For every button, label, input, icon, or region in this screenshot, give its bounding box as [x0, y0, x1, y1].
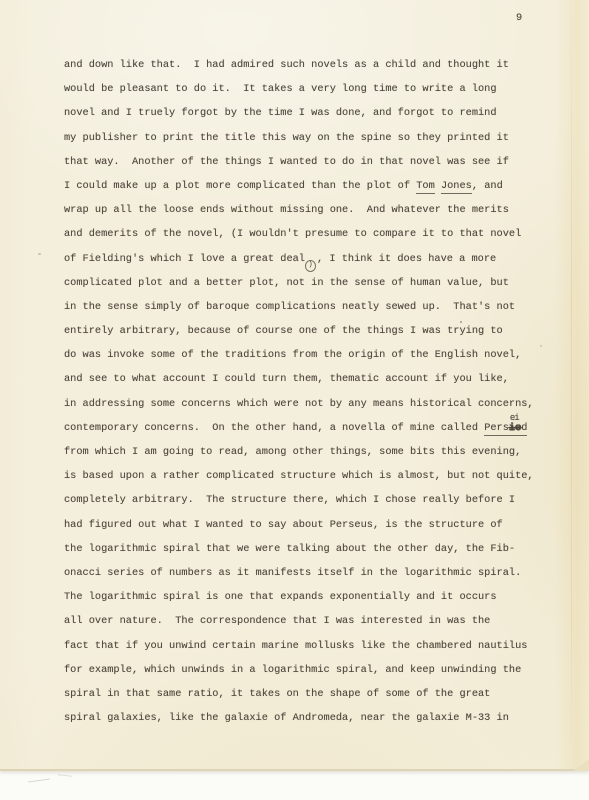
- document-page: 9 and down like that. I had admired such…: [0, 0, 589, 771]
- document-line: and down like that. I had admired such n…: [64, 53, 544, 77]
- pencil-smudge: [28, 778, 50, 782]
- document-line: that way. Another of the things I wanted…: [64, 150, 544, 174]
- document-line: the logarithmic spiral that we were talk…: [64, 537, 544, 561]
- document-line: The logarithmic spiral is one that expan…: [64, 585, 544, 609]
- typed-correction-above: ei: [510, 414, 519, 423]
- document-line: had figured out what I wanted to say abo…: [64, 513, 544, 537]
- typo-correction-overstrike: ieei: [509, 422, 521, 436]
- book-title-tom-jones: Jones: [441, 180, 472, 194]
- document-line: do was invoke some of the traditions fro…: [64, 343, 544, 367]
- document-line: spiral in that same ratio, it takes on t…: [64, 682, 544, 706]
- document-line: my publisher to print the title this way…: [64, 126, 544, 150]
- document-text: and down like that. I had admired such n…: [64, 53, 544, 730]
- scanned-document: { "page": { "number": "9", "paper_color"…: [0, 0, 589, 800]
- document-line: for example, which unwinds in a logarith…: [64, 658, 544, 682]
- document-line: wrap up all the loose ends without missi…: [64, 198, 544, 222]
- ink-speck: [38, 253, 41, 255]
- document-line: is based upon a rather complicated struc…: [64, 464, 544, 488]
- paper-corner-fold: [573, 759, 589, 771]
- document-line: in addressing some concerns which were n…: [64, 392, 544, 416]
- novella-title-perseid: d: [521, 422, 527, 436]
- document-line: fact that if you unwind certain marine m…: [64, 634, 544, 658]
- document-line: complicated plot and a better plot, not …: [64, 271, 544, 295]
- document-line: onacci series of numbers as it manifests…: [64, 561, 544, 585]
- document-line: in the sense simply of baroque complicat…: [64, 295, 544, 319]
- document-line: and see to what account I could turn the…: [64, 367, 544, 391]
- document-line: spiral galaxies, like the galaxie of And…: [64, 706, 544, 730]
- document-line: I could make up a plot more complicated …: [64, 174, 544, 198]
- document-line: would be pleasant to do it. It takes a v…: [64, 77, 544, 101]
- document-line: of Fielding's which I love a great deal)…: [64, 247, 544, 271]
- document-line: novel and I truely forgot by the time I …: [64, 101, 544, 125]
- page-number: 9: [516, 6, 522, 30]
- document-line: from which I am going to read, among oth…: [64, 440, 544, 464]
- novella-title-perseid: Pers: [484, 422, 509, 436]
- circled-paren-correction: ): [305, 260, 316, 272]
- pencil-smudge: [58, 774, 72, 776]
- document-line: and demerits of the novel, (I wouldn't p…: [64, 222, 544, 246]
- document-line: entirely arbitrary, because of course on…: [64, 319, 544, 343]
- paper-crease: [571, 0, 572, 769]
- document-line: completely arbitrary. The structure ther…: [64, 488, 544, 512]
- document-line: all over nature. The correspondence that…: [64, 609, 544, 633]
- book-title-tom-jones: Tom: [416, 180, 435, 194]
- document-line: contemporary concerns. On the other hand…: [64, 416, 544, 440]
